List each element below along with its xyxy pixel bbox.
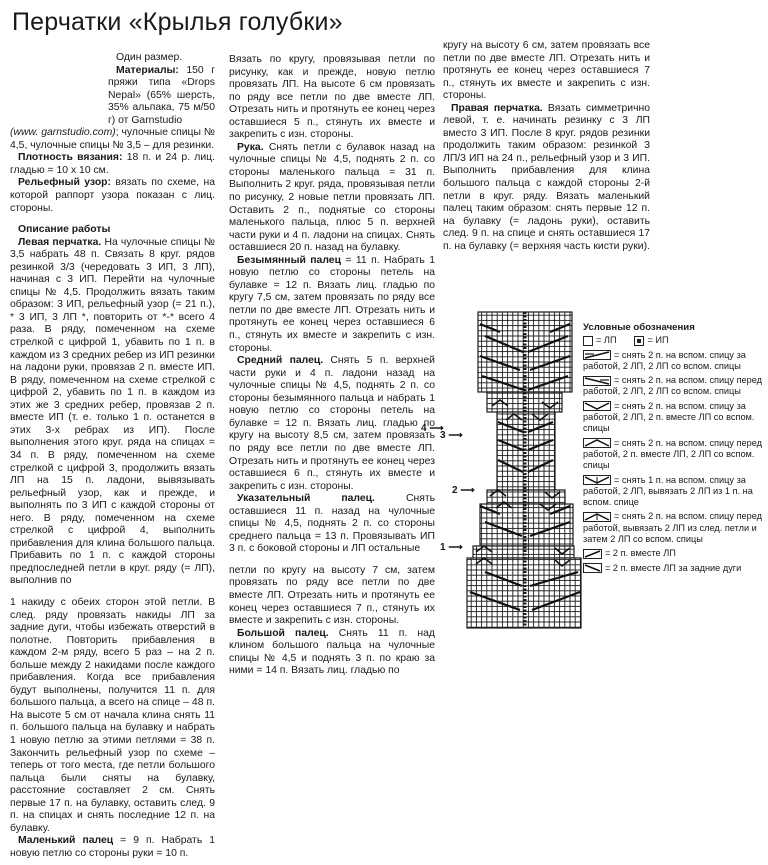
cable-right-dec-icon — [583, 401, 611, 411]
little-finger-label: Маленький палец — [18, 835, 113, 846]
k2tog-tbl-icon — [583, 563, 602, 573]
right-glove-label: Правая перчатка. — [451, 103, 543, 114]
cable-left-inc-icon — [583, 512, 611, 522]
pattern-paragraph: Рельефный узор: вязать по схеме, на кото… — [10, 177, 215, 215]
row-arrow-2: 2 ⟶ — [452, 485, 475, 496]
legend-item: = снять 2 п. на вспом. спицу перед работ… — [583, 511, 768, 545]
cable-left-icon — [583, 376, 611, 386]
pattern-label: Рельефный узор: — [18, 177, 111, 188]
k2tog-icon — [583, 549, 602, 559]
left-glove-paragraph: Левая перчатка. На чулочные спицы № 3,5 … — [10, 237, 215, 588]
knit-square-icon — [583, 336, 593, 346]
materials-label: Материалы: — [116, 65, 179, 76]
legend-item: = снять 2 п. на вспом. спицу за работой,… — [583, 401, 768, 435]
materials-continued: (www. garnstudio.com); чулочные спицы № … — [10, 127, 215, 152]
materials-paragraph: Материалы: 150 г пряжи типа «Drops Nepal… — [108, 65, 215, 128]
index-finger-continued: петли по кругу на высоту 7 см, затем про… — [229, 565, 435, 628]
column-1: Один размер. Материалы: 150 г пряжи типа… — [10, 52, 215, 860]
right-glove-paragraph: Правая перчатка. Вязать симметрично лево… — [443, 103, 650, 254]
middle-finger-paragraph: Средний палец. Снять 5 п. верхней части … — [229, 355, 435, 493]
index-finger-label: Указательный палец. — [237, 493, 375, 504]
column-2: Вязать по кругу, провязывая петли по рис… — [229, 54, 435, 678]
little-finger-paragraph: Маленький палец = 9 п. Набрать 1 новую п… — [10, 835, 215, 860]
size-text: Один размер. — [108, 52, 215, 65]
legend-heading: Условные обозначения — [583, 322, 768, 333]
little-finger-continued: Вязать по кругу, провязывая петли по рис… — [229, 54, 435, 142]
left-glove-label: Левая перчатка. — [18, 237, 101, 248]
legend-basic: = ЛП = ИП — [583, 335, 768, 346]
thumb-continued: кругу на высоту 6 см, затем провязать вс… — [443, 40, 650, 103]
hand-label: Рука. — [237, 142, 264, 153]
row-arrow-3: 3 ⟶ — [440, 430, 463, 441]
index-finger-paragraph: Указательный палец. Снять оставшиеся 11 … — [229, 493, 435, 556]
gauge-paragraph: Плотность вязания: 18 п. и 24 р. лиц. гл… — [10, 152, 215, 177]
knitting-chart: 4 ⟶ 3 ⟶ 2 ⟶ 1 ⟶ — [440, 310, 585, 635]
thumb-paragraph: Большой палец. Снять 11 п. над клином бо… — [229, 628, 435, 678]
cable-right-inc-icon — [583, 475, 611, 485]
description-heading: Описание работы — [10, 224, 215, 237]
thumb-label: Большой палец. — [237, 628, 329, 639]
legend-item: = снять 2 п. на вспом. спицу за работой,… — [583, 350, 768, 373]
ring-finger-label: Безымянный палец — [237, 255, 341, 266]
legend-item: = снять 2 п. на вспом. спицу перед работ… — [583, 438, 768, 472]
gauge-label: Плотность вязания: — [18, 152, 122, 163]
middle-finger-label: Средний палец. — [237, 355, 323, 366]
purl-square-icon — [634, 336, 644, 346]
ring-finger-paragraph: Безымянный палец = 11 п. Набрать 1 новую… — [229, 255, 435, 355]
chart-legend: Условные обозначения = ЛП = ИП = снять 2… — [583, 322, 768, 577]
hand-paragraph: Рука. Снять петли с булавок назад на чул… — [229, 142, 435, 255]
page-title: Перчатки «Крылья голубки» — [12, 8, 343, 37]
legend-item: = снять 2 п. на вспом. спицу перед работ… — [583, 375, 768, 398]
materials-block: Один размер. Материалы: 150 г пряжи типа… — [10, 52, 215, 127]
cable-right-icon — [583, 350, 611, 360]
legend-item: = 2 п. вместе ЛП за задние дуги — [583, 563, 768, 574]
row-arrow-1: 1 ⟶ — [440, 542, 463, 553]
left-glove-continued: 1 накиду с обеих сторон этой петли. В сл… — [10, 597, 215, 835]
legend-item: = снять 1 п. на вспом. спицу за работой,… — [583, 475, 768, 509]
chart-grid — [440, 310, 585, 630]
cable-left-dec-icon — [583, 438, 611, 448]
legend-item: = 2 п. вместе ЛП — [583, 548, 768, 559]
column-3: кругу на высоту 6 см, затем провязать вс… — [443, 40, 650, 253]
materials-site: (www. garnstudio.com) — [10, 127, 116, 138]
